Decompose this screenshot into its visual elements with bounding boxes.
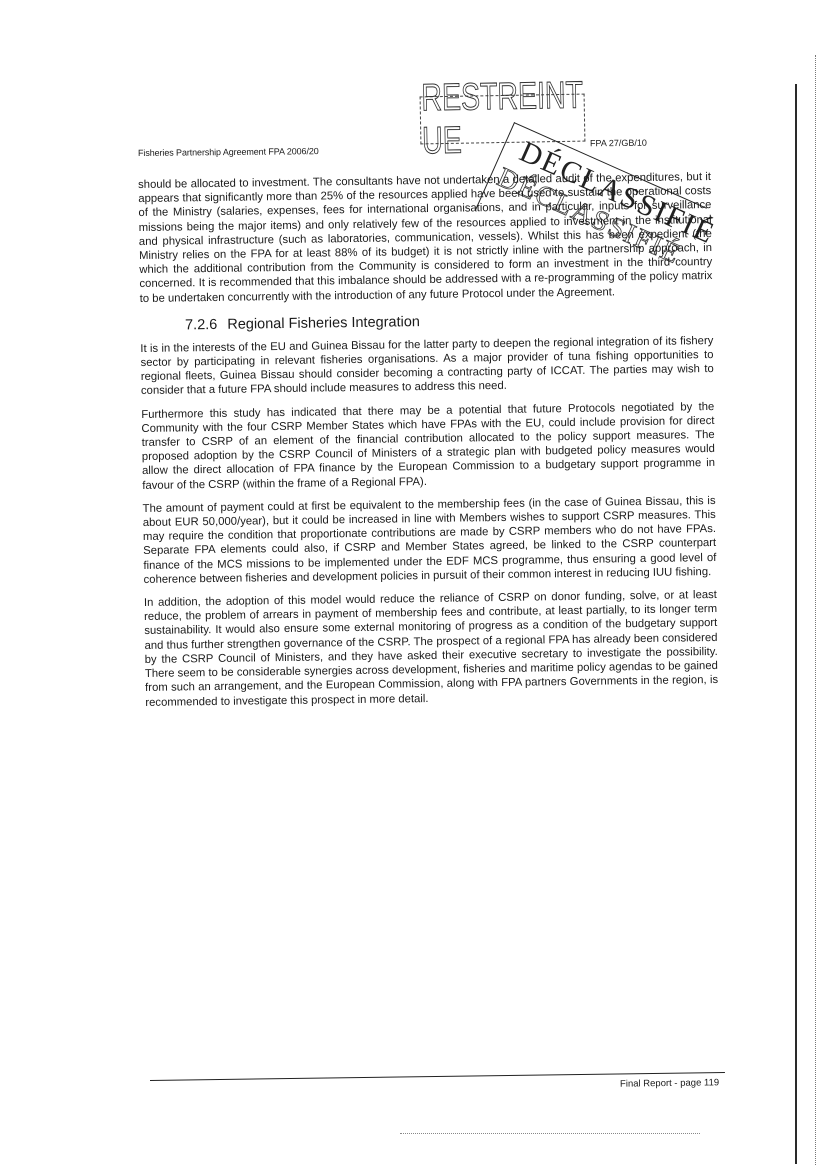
section-heading: 7.2.6 Regional Fisheries Integration [185,310,713,333]
document-page: Fisheries Partnership Agreement FPA 2006… [0,0,825,1168]
section-title: Regional Fisheries Integration [227,314,420,333]
paragraph: The amount of payment could at first be … [143,494,717,587]
footer-page-label: Final Report - page 119 [620,1077,719,1089]
scan-edge-line [795,84,797,1164]
stamp-text: RESTREINT UE [421,75,583,164]
body-content: should be allocated to investment. The c… [138,170,718,719]
section-number: 7.2.6 [185,317,217,333]
running-header-title: Fisheries Partnership Agreement FPA 2006… [138,146,319,158]
scan-noise-line [400,1133,700,1134]
paragraph: In addition, the adoption of this model … [144,588,719,710]
scan-edge-dotted [815,55,816,1165]
paragraph: It is in the interests of the EU and Gui… [140,334,714,399]
document-reference: FPA 27/GB/10 [590,138,647,149]
paragraph: Furthermore this study has indicated tha… [141,400,715,493]
restreint-ue-stamp: RESTREINT UE [420,94,586,145]
intro-paragraph: should be allocated to investment. The c… [138,170,713,306]
